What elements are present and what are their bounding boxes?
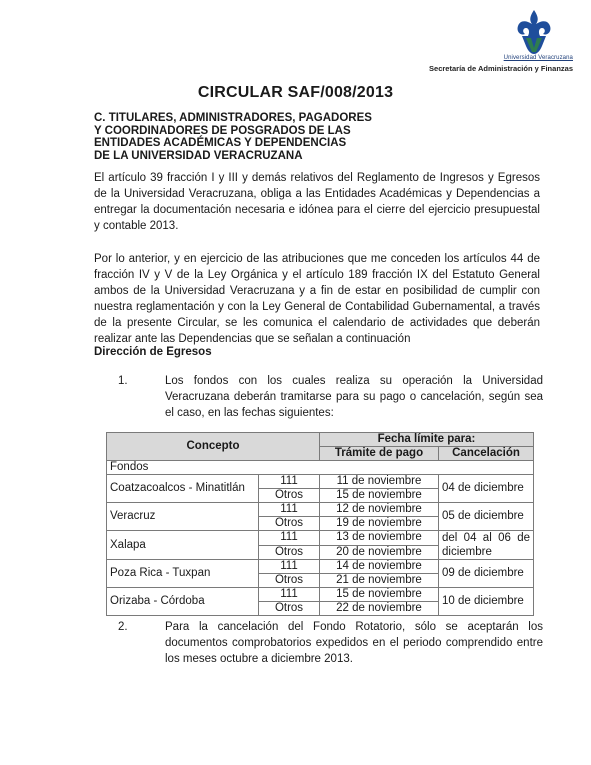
fund-type-cell: 111 — [259, 588, 320, 602]
circular-title: CIRCULAR SAF/008/2013 — [0, 84, 591, 102]
universidad-veracruzana-logo-icon — [512, 8, 556, 56]
addressee-line: C. TITULARES, ADMINISTRADORES, PAGADORES — [94, 112, 372, 125]
addressee-line: DE LA UNIVERSIDAD VERACRUZANA — [94, 150, 372, 163]
addressee-block: C. TITULARES, ADMINISTRADORES, PAGADORES… — [94, 112, 372, 162]
cancelacion-cell: 09 de diciembre — [439, 560, 534, 588]
addressee-line: Y COORDINADORES DE POSGRADOS DE LAS — [94, 125, 372, 138]
fund-type-cell: 111 — [259, 531, 320, 546]
region-cell: Poza Rica - Tuxpan — [107, 560, 259, 588]
group-label-fondos: Fondos — [107, 461, 534, 475]
paragraph-attributions: Por lo anterior, y en ejercicio de las a… — [94, 251, 540, 347]
tramite-cell: 22 de noviembre — [320, 602, 439, 616]
fund-type-cell: Otros — [259, 517, 320, 531]
tramite-cell: 12 de noviembre — [320, 503, 439, 517]
region-cell: Xalapa — [107, 531, 259, 560]
list-item-text: Los fondos con los cuales realiza su ope… — [165, 373, 543, 421]
university-name: Universidad Veracruzana — [504, 55, 573, 61]
tramite-cell: 11 de noviembre — [320, 475, 439, 489]
tramite-cell: 19 de noviembre — [320, 517, 439, 531]
addressee-line: ENTIDADES ACADÉMICAS Y DEPENDENCIAS — [94, 137, 372, 150]
table-row: Veracruz 111 12 de noviembre 05 de dicie… — [107, 503, 534, 517]
list-item-text: Para la cancelación del Fondo Rotatorio,… — [165, 619, 543, 667]
paragraph-legal-basis: El artículo 39 fracción I y III y demás … — [94, 170, 540, 234]
department-name: Secretaría de Administración y Finanzas — [429, 64, 573, 73]
cancelacion-cell: 10 de diciembre — [439, 588, 534, 616]
cancelacion-cell: del 04 al 06 de diciembre — [439, 531, 534, 560]
table-row: Poza Rica - Tuxpan 111 14 de noviembre 0… — [107, 560, 534, 574]
fund-type-cell: Otros — [259, 602, 320, 616]
section-title: Dirección de Egresos — [94, 346, 212, 358]
table-row: Coatzacoalcos - Minatitlán 111 11 de nov… — [107, 475, 534, 489]
region-cell: Orizaba - Córdoba — [107, 588, 259, 616]
fund-type-cell: 111 — [259, 503, 320, 517]
fund-type-cell: 111 — [259, 560, 320, 574]
list-item-number: 2. — [118, 619, 128, 635]
fund-type-cell: Otros — [259, 574, 320, 588]
region-cell: Veracruz — [107, 503, 259, 531]
tramite-cell: 20 de noviembre — [320, 545, 439, 560]
tramite-cell: 13 de noviembre — [320, 531, 439, 546]
header-concepto: Concepto — [107, 433, 320, 461]
fund-type-cell: Otros — [259, 489, 320, 503]
fund-type-cell: Otros — [259, 545, 320, 560]
cancelacion-cell: 05 de diciembre — [439, 503, 534, 531]
header-tramite: Trámite de pago — [320, 447, 439, 461]
tramite-cell: 14 de noviembre — [320, 560, 439, 574]
deadlines-table: Concepto Fecha límite para: Trámite de p… — [106, 432, 534, 616]
header-fecha-limite: Fecha límite para: — [320, 433, 534, 447]
tramite-cell: 15 de noviembre — [320, 489, 439, 503]
table-row: Xalapa 111 13 de noviembre del 04 al 06 … — [107, 531, 534, 546]
header-cancelacion: Cancelación — [439, 447, 534, 461]
list-item-number: 1. — [118, 373, 128, 389]
tramite-cell: 21 de noviembre — [320, 574, 439, 588]
cancelacion-cell: 04 de diciembre — [439, 475, 534, 503]
tramite-cell: 15 de noviembre — [320, 588, 439, 602]
region-cell: Coatzacoalcos - Minatitlán — [107, 475, 259, 503]
table-row: Orizaba - Córdoba 111 15 de noviembre 10… — [107, 588, 534, 602]
fund-type-cell: 111 — [259, 475, 320, 489]
